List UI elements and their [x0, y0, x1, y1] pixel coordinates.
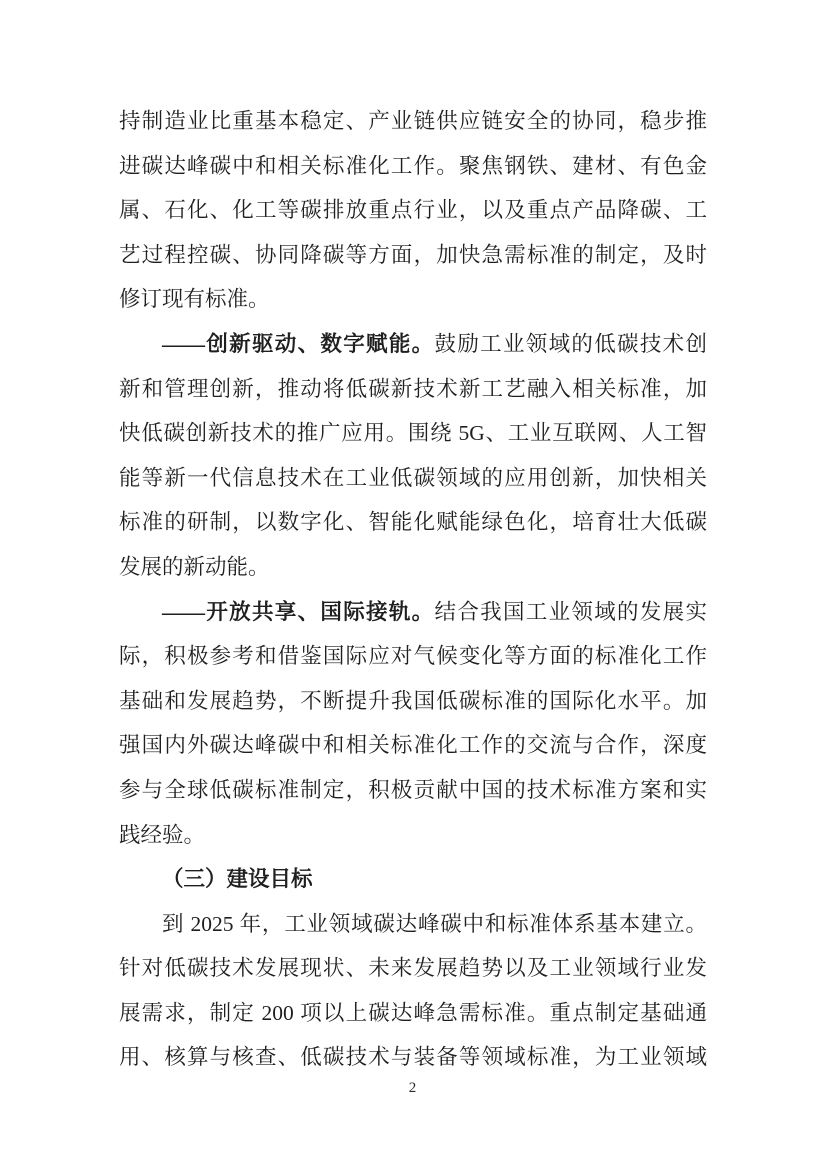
text-line: 艺过程控碳、协同降碳等方面，加快急需标准的制定，及时	[119, 233, 707, 278]
body-text-segment: 艺过程控碳、协同降碳等方面，加快急需标准的制定，及时	[119, 243, 707, 267]
body-text-segment: 际，积极参考和借鉴国际应对气候变化等方面的标准化工作	[119, 644, 707, 668]
text-line: 持制造业比重基本稳定、产业链供应链安全的协同，稳步推	[119, 99, 707, 144]
text-line: 展需求，制定 200 项以上碳达峰急需标准。重点制定基础通	[119, 991, 707, 1036]
text-line: 用、核算与核查、低碳技术与装备等领域标准，为工业领域	[119, 1035, 707, 1080]
text-line: 快低碳创新技术的推广应用。围绕 5G、工业互联网、人工智	[119, 411, 707, 456]
body-text-segment: 标准的研制，以数字化、智能化赋能绿色化，培育壮大低碳	[119, 510, 707, 534]
body-text-segment: 能等新一代信息技术在工业低碳领域的应用创新，加快相关	[119, 466, 707, 490]
document-body: 持制造业比重基本稳定、产业链供应链安全的协同，稳步推进碳达峰碳中和相关标准化工作…	[119, 99, 707, 1080]
body-text-segment: 用、核算与核查、低碳技术与装备等领域标准，为工业领域	[119, 1045, 707, 1069]
text-line: 强国内外碳达峰碳中和相关标准化工作的交流与合作，深度	[119, 723, 707, 768]
text-line: 标准的研制，以数字化、智能化赋能绿色化，培育壮大低碳	[119, 500, 707, 545]
body-text-segment: 鼓励工业领域的低碳技术创	[435, 332, 708, 356]
body-text-segment: 结合我国工业领域的发展实	[435, 600, 708, 624]
body-text-segment: 参与全球低碳标准制定，积极贡献中国的技术标准方案和实	[119, 778, 707, 802]
paragraph-open-sharing: ——开放共享、国际接轨。结合我国工业领域的发展实际，积极参考和借鉴国际应对气候变…	[119, 590, 707, 858]
body-text-segment: 进碳达峰碳中和相关标准化工作。聚焦钢铁、建材、有色金	[119, 154, 707, 178]
emphasized-text: ——创新驱动、数字赋能。	[162, 332, 435, 356]
emphasized-text: （三）建设目标	[162, 867, 313, 891]
body-text-segment: 针对低碳技术发展现状、未来发展趋势以及工业领域行业发	[119, 956, 707, 980]
body-text-segment: 持制造业比重基本稳定、产业链供应链安全的协同，稳步推	[119, 109, 707, 133]
body-text-segment: 发展的新动能。	[119, 555, 270, 579]
emphasized-text: ——开放共享、国际接轨。	[162, 600, 435, 624]
text-line: 属、石化、化工等碳排放重点行业，以及重点产品降碳、工	[119, 188, 707, 233]
text-line: 到 2025 年，工业领域碳达峰碳中和标准体系基本建立。	[119, 902, 707, 947]
document-page: 持制造业比重基本稳定、产业链供应链安全的协同，稳步推进碳达峰碳中和相关标准化工作…	[0, 0, 826, 1169]
text-line: 修订现有标准。	[119, 277, 707, 322]
body-text-segment: 新和管理创新，推动将低碳新技术新工艺融入相关标准，加	[119, 377, 707, 401]
text-line: ——创新驱动、数字赋能。鼓励工业领域的低碳技术创	[119, 322, 707, 367]
body-text-segment: 属、石化、化工等碳排放重点行业，以及重点产品降碳、工	[119, 198, 707, 222]
text-line: 践经验。	[119, 813, 707, 858]
text-line: ——开放共享、国际接轨。结合我国工业领域的发展实	[119, 590, 707, 635]
text-line: 参与全球低碳标准制定，积极贡献中国的技术标准方案和实	[119, 768, 707, 813]
text-line: （三）建设目标	[119, 857, 707, 902]
text-line: 新和管理创新，推动将低碳新技术新工艺融入相关标准，加	[119, 367, 707, 412]
body-text-segment: 基础和发展趋势，不断提升我国低碳标准的国际化水平。加	[119, 689, 707, 713]
body-text-segment: 快低碳创新技术的推广应用。围绕 5G、工业互联网、人工智	[119, 421, 707, 445]
paragraph-innovation-drive: ——创新驱动、数字赋能。鼓励工业领域的低碳技术创新和管理创新，推动将低碳新技术新…	[119, 322, 707, 590]
paragraph-continuation: 持制造业比重基本稳定、产业链供应链安全的协同，稳步推进碳达峰碳中和相关标准化工作…	[119, 99, 707, 322]
heading-construction-goals: （三）建设目标	[119, 857, 707, 902]
text-line: 基础和发展趋势，不断提升我国低碳标准的国际化水平。加	[119, 679, 707, 724]
page-number: 2	[0, 1080, 826, 1097]
body-text-segment: 践经验。	[119, 823, 205, 847]
text-line: 能等新一代信息技术在工业低碳领域的应用创新，加快相关	[119, 456, 707, 501]
body-text-segment: 到 2025 年，工业领域碳达峰碳中和标准体系基本建立。	[162, 912, 707, 936]
text-line: 发展的新动能。	[119, 545, 707, 590]
text-line: 针对低碳技术发展现状、未来发展趋势以及工业领域行业发	[119, 946, 707, 991]
paragraph-2025-goals: 到 2025 年，工业领域碳达峰碳中和标准体系基本建立。针对低碳技术发展现状、未…	[119, 902, 707, 1080]
body-text-segment: 修订现有标准。	[119, 287, 270, 311]
text-line: 际，积极参考和借鉴国际应对气候变化等方面的标准化工作	[119, 634, 707, 679]
text-line: 进碳达峰碳中和相关标准化工作。聚焦钢铁、建材、有色金	[119, 144, 707, 189]
body-text-segment: 展需求，制定 200 项以上碳达峰急需标准。重点制定基础通	[119, 1001, 707, 1025]
body-text-segment: 强国内外碳达峰碳中和相关标准化工作的交流与合作，深度	[119, 733, 707, 757]
